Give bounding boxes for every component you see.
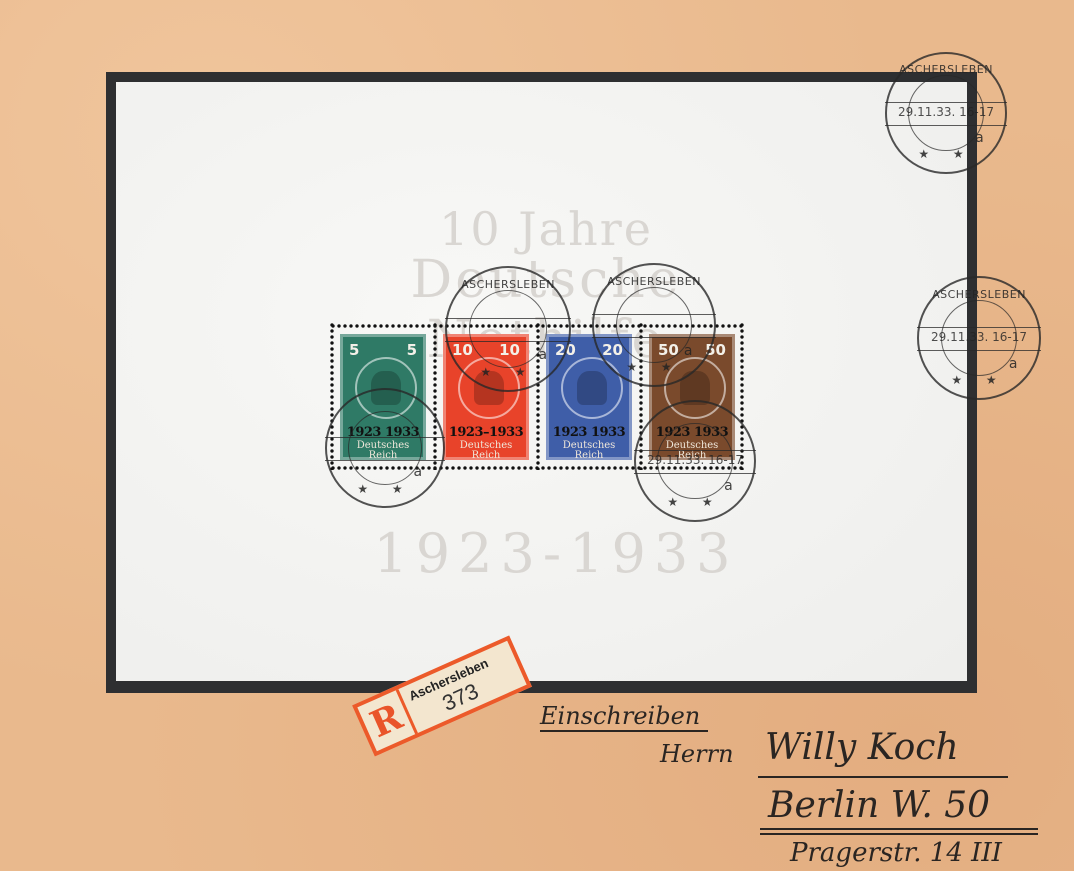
underline xyxy=(760,833,1038,835)
recipient-street: Pragerstr. 14 III xyxy=(790,838,1002,868)
postmark: ASCHERSLEBEN 29.11.33. 16-17 ★ ★ a xyxy=(885,52,1007,174)
stamp-overprint: 1923–1933 xyxy=(448,425,524,440)
service-note: Einschreiben xyxy=(540,702,708,732)
recipient-city: Berlin W. 50 xyxy=(768,785,1002,826)
envelope: 10 Jahre Deutsche Nothilfe 1923-1933 5 5… xyxy=(0,0,1074,871)
stamp-value: 5 xyxy=(407,341,417,359)
postmark: ASCHERSLEBEN 29.11.33. 16-17 ★ ★ a xyxy=(917,276,1041,400)
postmark: 29.11.33. 16-17 ★ ★ a xyxy=(634,400,756,522)
salutation: Herrn xyxy=(660,740,734,768)
sheet-watermark-title: 10 Jahre xyxy=(426,202,666,256)
underline xyxy=(760,828,1038,830)
recipient-name: Willy Koch xyxy=(765,727,969,768)
stamp-overprint: 1923 1933 xyxy=(551,425,627,440)
postmark: ASCHERSLEBEN ★ ★ a xyxy=(592,263,716,387)
stamp-value: 5 xyxy=(349,341,359,359)
souvenir-sheet-border: 10 Jahre Deutsche Nothilfe 1923-1933 5 5… xyxy=(106,72,977,693)
stamp-inscription: DeutschesReich xyxy=(450,441,522,461)
stamp-inscription: DeutschesReich xyxy=(553,441,625,461)
postmark: ★ ★ a xyxy=(325,388,445,508)
underline xyxy=(758,776,1008,778)
sheet-watermark-years: 1923-1933 xyxy=(346,522,766,585)
registered-r-icon: R xyxy=(357,689,418,751)
postmark: ASCHERSLEBEN ★ ★ a xyxy=(445,266,571,392)
